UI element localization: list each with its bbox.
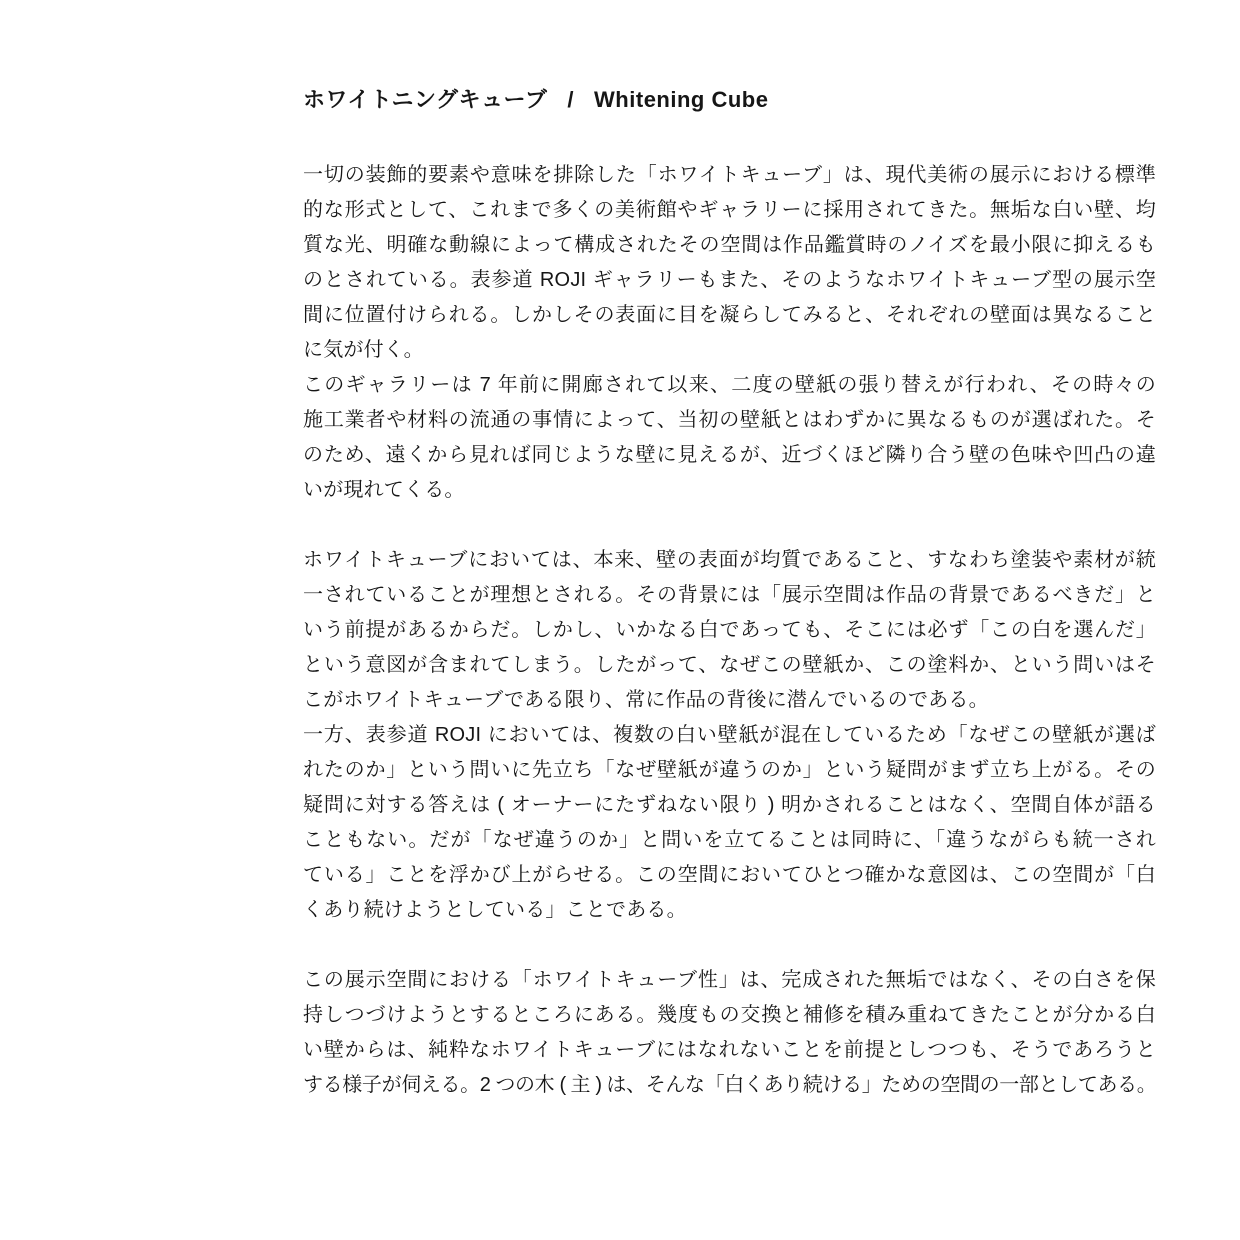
text-line: こともない。だが「なぜ違うのか」と問いを立てることは同時に、「違うながらも統一さ… bbox=[303, 823, 1156, 858]
text-line: に気が付く。 bbox=[303, 333, 1156, 368]
text-line: 施工業者や材料の流通の事情によって、当初の壁紙とはわずかに異なるものが選ばれた。… bbox=[303, 403, 1156, 438]
text-column: ホワイトニングキューブ/Whitening Cube 一切の装飾的要素や意味を排… bbox=[303, 86, 1156, 1103]
document-body: 一切の装飾的要素や意味を排除した「ホワイトキューブ」は、現代美術の展示における標… bbox=[303, 158, 1156, 1103]
text-line: このギャラリーは 7 年前に開廊されて以来、二度の壁紙の張り替えが行われ、その時… bbox=[303, 368, 1156, 403]
text-line: ている」ことを浮かび上がらせる。この空間においてひとつ確かな意図は、この空間が「… bbox=[303, 858, 1156, 893]
text-line: 質な光、明確な動線によって構成されたその空間は作品鑑賞時のノイズを最小限に抑える… bbox=[303, 228, 1156, 263]
text-line: れたのか」という問いに先立ち「なぜ壁紙が違うのか」という疑問がまず立ち上がる。そ… bbox=[303, 753, 1156, 788]
text-line: 持しつづけようとするところにある。幾度もの交換と補修を積み重ねてきたことが分かる… bbox=[303, 998, 1156, 1033]
text-line: 疑問に対する答えは ( オーナーにたずねない限り ) 明かされることはなく、空間… bbox=[303, 788, 1156, 823]
text-line: する様子が伺える。2 つの木 ( 主 ) は、そんな「白くあり続ける」ための空間… bbox=[303, 1068, 1156, 1103]
text-line: くあり続けようとしている」ことである。 bbox=[303, 893, 1156, 928]
text-line: 一方、表参道 ROJI においては、複数の白い壁紙が混在しているため「なぜこの壁… bbox=[303, 718, 1156, 753]
text-line: 的な形式として、これまで多くの美術館やギャラリーに採用されてきた。無垢な白い壁、… bbox=[303, 193, 1156, 228]
text-line: 一されていることが理想とされる。その背景には「展示空間は作品の背景であるべきだ」… bbox=[303, 578, 1156, 613]
text-line: ホワイトキューブにおいては、本来、壁の表面が均質であること、すなわち塗装や素材が… bbox=[303, 543, 1156, 578]
document-title: ホワイトニングキューブ/Whitening Cube bbox=[303, 86, 1156, 114]
text-line: のとされている。表参道 ROJI ギャラリーもまた、そのようなホワイトキューブ型… bbox=[303, 263, 1156, 298]
title-japanese: ホワイトニングキューブ bbox=[303, 87, 547, 112]
text-line: 間に位置付けられる。しかしその表面に目を凝らしてみると、それぞれの壁面は異なるこ… bbox=[303, 298, 1156, 333]
text-section: 一切の装飾的要素や意味を排除した「ホワイトキューブ」は、現代美術の展示における標… bbox=[303, 158, 1156, 508]
text-line: い壁からは、純粋なホワイトキューブにはなれないことを前提としつつも、そうであろう… bbox=[303, 1033, 1156, 1068]
text-line: 一切の装飾的要素や意味を排除した「ホワイトキューブ」は、現代美術の展示における標… bbox=[303, 158, 1156, 193]
title-english: Whitening Cube bbox=[594, 87, 768, 112]
text-section: この展示空間における「ホワイトキューブ性」は、完成された無垢ではなく、その白さを… bbox=[303, 963, 1156, 1103]
text-line: いう前提があるからだ。しかし、いかなる白であっても、そこには必ず「この白を選んだ… bbox=[303, 613, 1156, 648]
text-line: この展示空間における「ホワイトキューブ性」は、完成された無垢ではなく、その白さを… bbox=[303, 963, 1156, 998]
text-line: という意図が含まれてしまう。したがって、なぜこの壁紙か、この塗料か、という問いは… bbox=[303, 648, 1156, 683]
document-page: ホワイトニングキューブ/Whitening Cube 一切の装飾的要素や意味を排… bbox=[0, 0, 1240, 1240]
text-line: こがホワイトキューブである限り、常に作品の背後に潜んでいるのである。 bbox=[303, 683, 1156, 718]
text-line: のため、遠くから見れば同じような壁に見えるが、近づくほど隣り合う壁の色味や凹凸の… bbox=[303, 438, 1156, 473]
title-separator: / bbox=[567, 86, 574, 114]
text-line: いが現れてくる。 bbox=[303, 473, 1156, 508]
text-section: ホワイトキューブにおいては、本来、壁の表面が均質であること、すなわち塗装や素材が… bbox=[303, 543, 1156, 928]
